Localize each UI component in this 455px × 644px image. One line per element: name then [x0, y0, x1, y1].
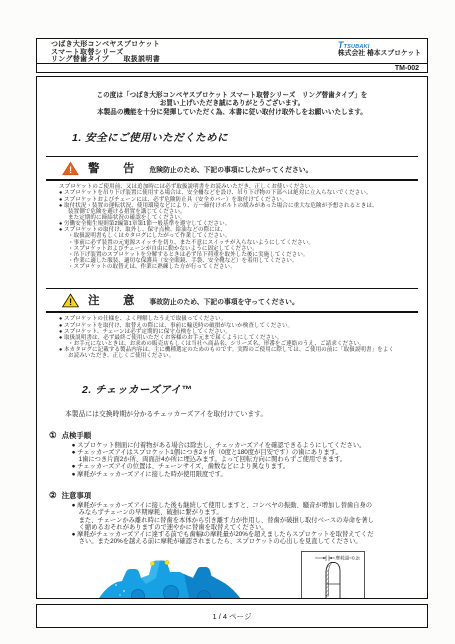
- page-number: 1 / 4 ページ: [212, 611, 251, 622]
- inspection-procedure-item: ① 点検手順 ● スプロケット側面に付着物がある場合は除去し、チェッカーズアイを…: [49, 431, 418, 478]
- warning-description: 危険防止のため、下記の事項にしたがってください。: [150, 162, 313, 174]
- section2-intro: 本製品には交換時期が分かるチェッカーズアイを取付けています。: [65, 408, 418, 418]
- inspection-procedure-list: ● スプロケット側面に付着物がある場合は除去し、チェッカーズアイを確認できるよう…: [72, 442, 418, 478]
- tooth-wear-figure: 摩耗量=0.2t t 歯の側面の摩耗: [283, 551, 383, 599]
- notes-line: また、チェーンかみ離れ時に替歯を本体から引き離す力が作用し、替歯が破損し取付ベー…: [72, 517, 418, 524]
- svg-text:!: !: [69, 297, 72, 307]
- procedure-line: ● 摩耗がチェッカーズアイに接した時が使用限度です。: [72, 471, 418, 478]
- caution-label: 注 意: [88, 292, 141, 308]
- sprocket-image: [94, 551, 254, 599]
- warning-header: ! 警 告 危険防止のため、下記の事項にしたがってください。: [46, 156, 418, 181]
- section2-heading: 2. チェッカーズアイ™: [82, 382, 418, 397]
- notes-list: ● 摩耗がチェッカーズアイに接した後も継続して使用しますと、コンベヤの振動、騒音…: [72, 502, 418, 546]
- warning-line: ● 取付状況・装置の運転状況、使用環境などにより、万一締付けボルトの緩みがあった…: [59, 203, 416, 209]
- procedure-line: ● チェッカーズアイの位置は、チェーンサイズ、歯数などにより異なります。: [72, 463, 418, 470]
- caution-triangle-icon: !: [62, 293, 79, 308]
- caution-list: ● スプロケットの仕様を、よく理解したうえで取扱ってください。● スプロケットを…: [46, 313, 418, 364]
- warning-line: ・スプロケットの取替えは、作業に熟練した方が行ってください。: [59, 264, 416, 270]
- brand-block: TTSUBAKI 株式会社 椿本スプロケット: [338, 41, 421, 63]
- inspection-procedure-title: 点検手順: [62, 431, 418, 440]
- warning-list: スプロケットのご使用前、又は追加時には必ず取扱説明書をお読みいただき、正しくお使…: [46, 181, 418, 275]
- notes-line: みならずチェーンの早期摩耗、破損に繋がります。: [72, 509, 418, 516]
- document-title: つばき大形コンベヤスプロケット スマート取替シリーズ リング替歯タイプ 取扱説明…: [51, 41, 160, 63]
- notes-line: さい。また20%を越える前に摩耗が確認されましたら、スプロケットの心出しを見直し…: [72, 538, 418, 545]
- tooth-diagram-frame: 摩耗量=0.2t t: [301, 551, 365, 599]
- intro-paragraph: この度は「つばき大形コンベヤスプロケット スマート取替シリーズ リング替歯タイプ…: [46, 92, 418, 117]
- notes-item: ② 注意事項 ● 摩耗がチェッカーズアイに接した後も継続して使用しますと、コンベ…: [49, 491, 418, 546]
- intro-line-2: お買い上げいただき誠にありがとうございます。: [46, 100, 418, 108]
- circled-number-1: ①: [49, 431, 57, 478]
- caution-line: お読みいただき、正しくご使用ください。: [59, 353, 416, 359]
- procedure-line: ● チェッカーズアイはスプロケット1個につき2ヶ所（0度と180度が目安です）の…: [72, 449, 418, 456]
- warning-label: 警 告: [88, 160, 141, 176]
- warning-triangle-icon: !: [62, 161, 79, 176]
- section1-heading: 1. 安全にご使用いただくために: [72, 130, 418, 145]
- tooth-width-label: t: [344, 597, 346, 599]
- caution-description: 事故防止のため、下記の事項を守ってください。: [150, 294, 299, 306]
- title-line-3: リング替歯タイプ 取扱説明書: [51, 56, 160, 64]
- svg-text:!: !: [69, 165, 72, 175]
- caution-header: ! 注 意 事故防止のため、下記の事項を守ってください。: [46, 288, 418, 313]
- warning-line: ● スプロケットを吊り下げ装置に使用する場合は、安全柵などを設け、吊り下げ物の下…: [59, 190, 416, 196]
- wear-amount-label: 摩耗量=0.2t: [336, 554, 361, 561]
- figures-row: 歯面の摩耗とチェッカーズアイ: [46, 551, 418, 599]
- page-footer: 1 / 4 ページ: [36, 604, 428, 628]
- circled-number-2: ②: [49, 491, 57, 546]
- procedure-line: ● スプロケット側面に付着物がある場合は除去し、チェッカーズアイを確認できるよう…: [72, 442, 418, 449]
- document-page: つばき大形コンベヤスプロケット スマート取替シリーズ リング替歯タイプ 取扱説明…: [0, 0, 455, 644]
- title-line-1: つばき大形コンベヤスプロケット: [51, 41, 160, 49]
- company-name: 株式会社 椿本スプロケット: [338, 50, 421, 58]
- tooth-diagram: 摩耗量=0.2t t: [302, 552, 364, 599]
- title-block: つばき大形コンベヤスプロケット スマート取替シリーズ リング替歯タイプ 取扱説明…: [36, 38, 428, 73]
- main-content: この度は「つばき大形コンベヤスプロケット スマート取替シリーズ リング替歯タイプ…: [36, 76, 428, 599]
- tsubaki-logo: TTSUBAKI: [338, 42, 421, 50]
- sprocket-figure: 歯面の摩耗とチェッカーズアイ: [94, 551, 254, 599]
- notes-title: 注意事項: [62, 491, 418, 500]
- intro-line-3: 本製品の機能を十分に発揮していただく為、本書に従い取付け取外しをお願いいたします…: [46, 109, 418, 117]
